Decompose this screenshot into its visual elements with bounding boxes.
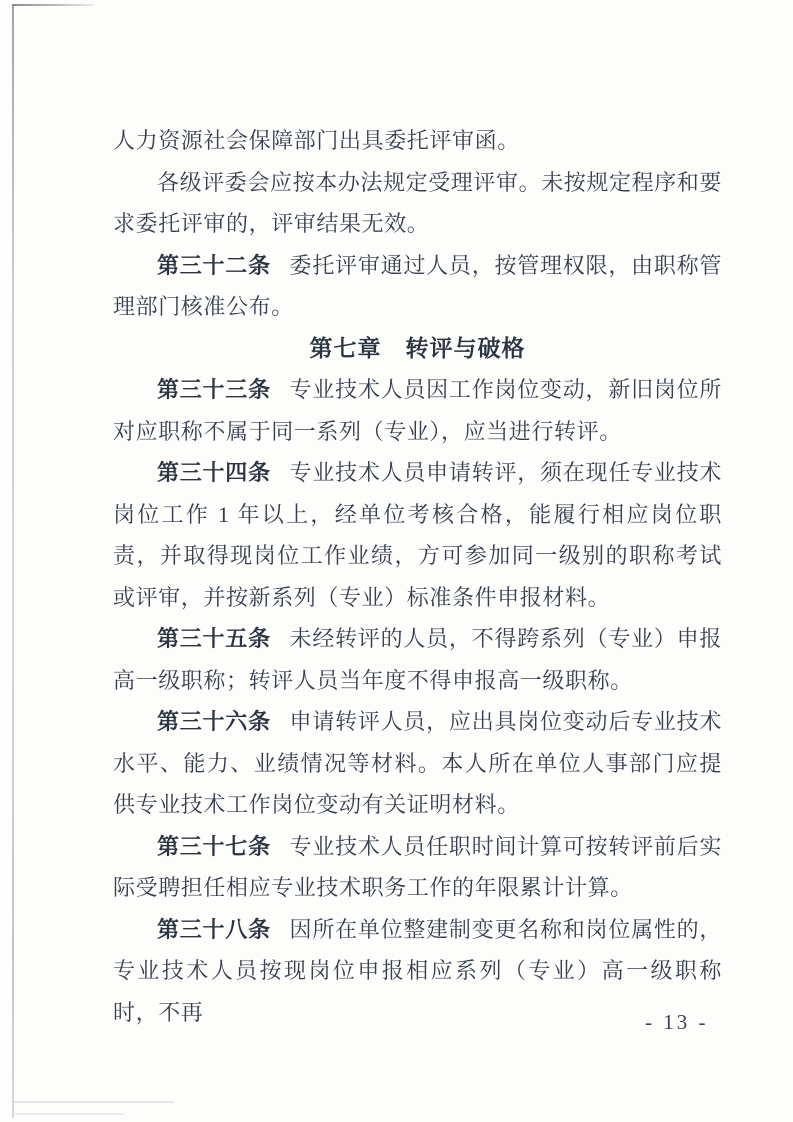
scan-smudge: [14, 1101, 174, 1103]
article-number-label: 第三十四条: [157, 460, 271, 485]
article-number-label: 第三十六条: [157, 709, 271, 734]
scan-edge-top-line: [12, 4, 94, 6]
paragraph-text: 各级评委会应按本办法规定受理评审。未按规定程序和要求委托评审的，评审结果无效。: [113, 170, 722, 237]
scan-smudge: [14, 1113, 124, 1115]
article-number-label: 第三十五条: [157, 626, 271, 651]
document-body: 人力资源社会保障部门出具委托评审函。 各级评委会应按本办法规定受理评审。未按规定…: [113, 120, 722, 1033]
article-32: 第三十二条委托评审通过人员，按管理权限，由职称管理部门核准公布。: [113, 245, 722, 328]
article-33: 第三十三条专业技术人员因工作岗位变动，新旧岗位所对应职称不属于同一系列（专业），…: [113, 369, 722, 452]
article-37: 第三十七条专业技术人员任职时间计算可按转评前后实际受聘担任相应专业技术职务工作的…: [113, 826, 722, 909]
chapter-heading: 第七章 转评与破格: [113, 328, 722, 370]
article-36: 第三十六条申请转评人员，应出具岗位变动后专业技术水平、能力、业绩情况等材料。本人…: [113, 701, 722, 826]
article-35: 第三十五条未经转评的人员，不得跨系列（专业）申报高一级职称；转评人员当年度不得申…: [113, 618, 722, 701]
scan-edge-left-line: [12, 4, 14, 1118]
article-number-label: 第三十七条: [157, 834, 271, 859]
page-number: - 13 -: [645, 1010, 709, 1035]
article-number-label: 第三十二条: [157, 253, 271, 278]
article-34: 第三十四条专业技术人员申请转评，须在现任专业技术岗位工作 1 年以上，经单位考核…: [113, 452, 722, 618]
paragraph: 各级评委会应按本办法规定受理评审。未按规定程序和要求委托评审的，评审结果无效。: [113, 162, 722, 245]
paragraph-text: 人力资源社会保障部门出具委托评审函。: [113, 128, 520, 153]
article-number-label: 第三十三条: [157, 377, 271, 402]
scanned-document-page: 人力资源社会保障部门出具委托评审函。 各级评委会应按本办法规定受理评审。未按规定…: [0, 0, 793, 1122]
article-38: 第三十八条因所在单位整建制变更名称和岗位属性的，专业技术人员按现岗位申报相应系列…: [113, 909, 722, 1034]
article-number-label: 第三十八条: [157, 917, 271, 942]
paragraph-continuation: 人力资源社会保障部门出具委托评审函。: [113, 120, 722, 162]
